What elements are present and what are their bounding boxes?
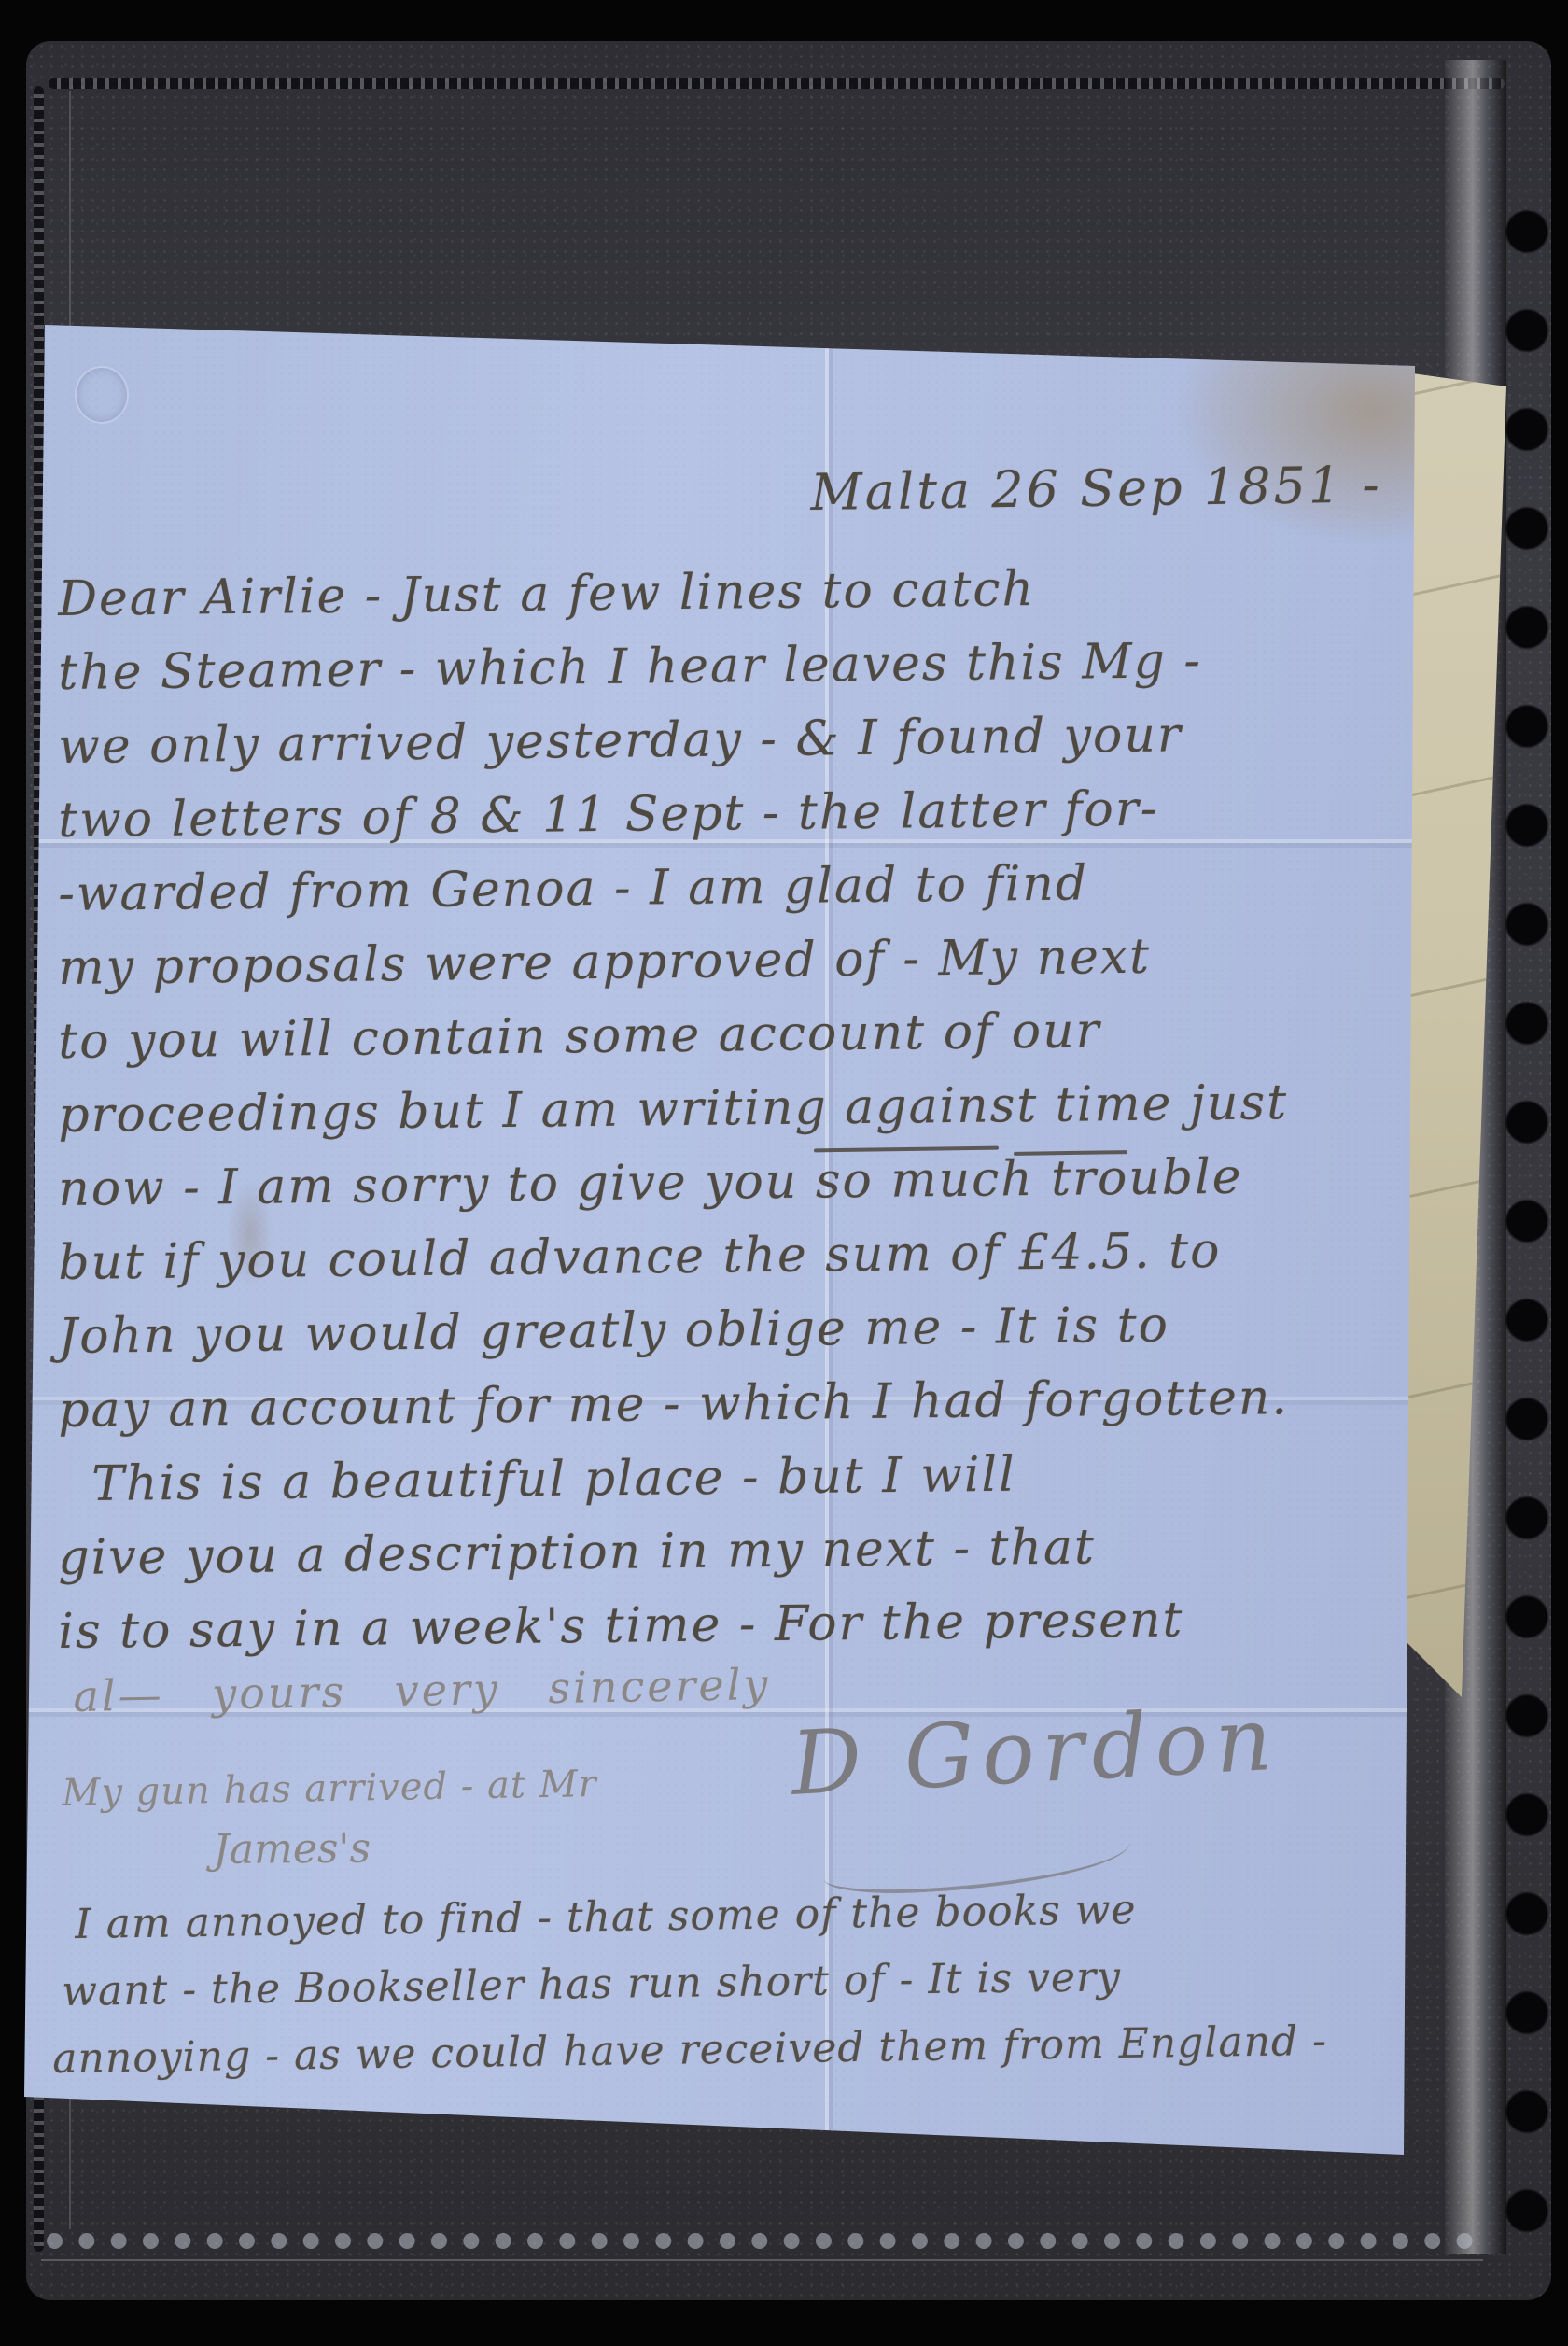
closing-line: al— yours very sincerely xyxy=(73,1659,771,1721)
sleeve-weld-line xyxy=(41,2259,1483,2261)
handwriting-line: Dear Airlie - Just a few lines to catch xyxy=(58,561,1035,627)
handwriting-line: John you would greatly oblige me - It is… xyxy=(58,1298,1169,1365)
handwriting-line: This is a beautiful place - but I will xyxy=(91,1447,1016,1512)
handwriting-line: we only arrived yesterday - & I found yo… xyxy=(58,707,1183,775)
letter-dateline: Malta 26 Sep 1851 - xyxy=(810,455,1382,522)
handwriting-line: my proposals were approved of - My next xyxy=(58,929,1151,996)
handwriting-line: proceedings but I am writing against tim… xyxy=(58,1075,1288,1144)
handwriting-line: two letters of 8 & 11 Sept - the latter … xyxy=(58,781,1159,849)
postscript-line: I am annoyed to find - that some of the … xyxy=(75,1886,1137,1948)
handwriting-line: is to say in a week's time - For the pre… xyxy=(58,1592,1184,1660)
handwriting-line: -warded from Genoa - I am glad to find xyxy=(58,855,1088,922)
gun-note-line1: My gun has arrived - at Mr xyxy=(62,1763,597,1815)
handwriting-line: give you a description in my next - that xyxy=(58,1519,1096,1586)
postscript-line: want - the Bookseller has run short of -… xyxy=(62,1953,1121,2016)
handwriting-line: the Steamer - which I hear leaves this M… xyxy=(58,633,1202,701)
sleeve-top-stitching xyxy=(49,78,1505,89)
handwriting-line: now - I am sorry to give you so much tro… xyxy=(58,1149,1243,1217)
handwriting-line: to you will contain some account of our xyxy=(58,1003,1101,1070)
handwriting-line: pay an account for me - which I had forg… xyxy=(58,1370,1289,1439)
photo-of-letter: Malta 26 Sep 1851 - Dear Airlie - Just a… xyxy=(0,0,1568,2346)
postscript-line: annoying - as we could have received the… xyxy=(52,2017,1327,2083)
signature: D Gordon xyxy=(789,1689,1281,1816)
gun-note-line2: James's xyxy=(213,1825,371,1874)
handwriting-line: but if you could advance the sum of £4.5… xyxy=(58,1223,1222,1291)
sleeve-weld-dots xyxy=(47,2233,1473,2249)
